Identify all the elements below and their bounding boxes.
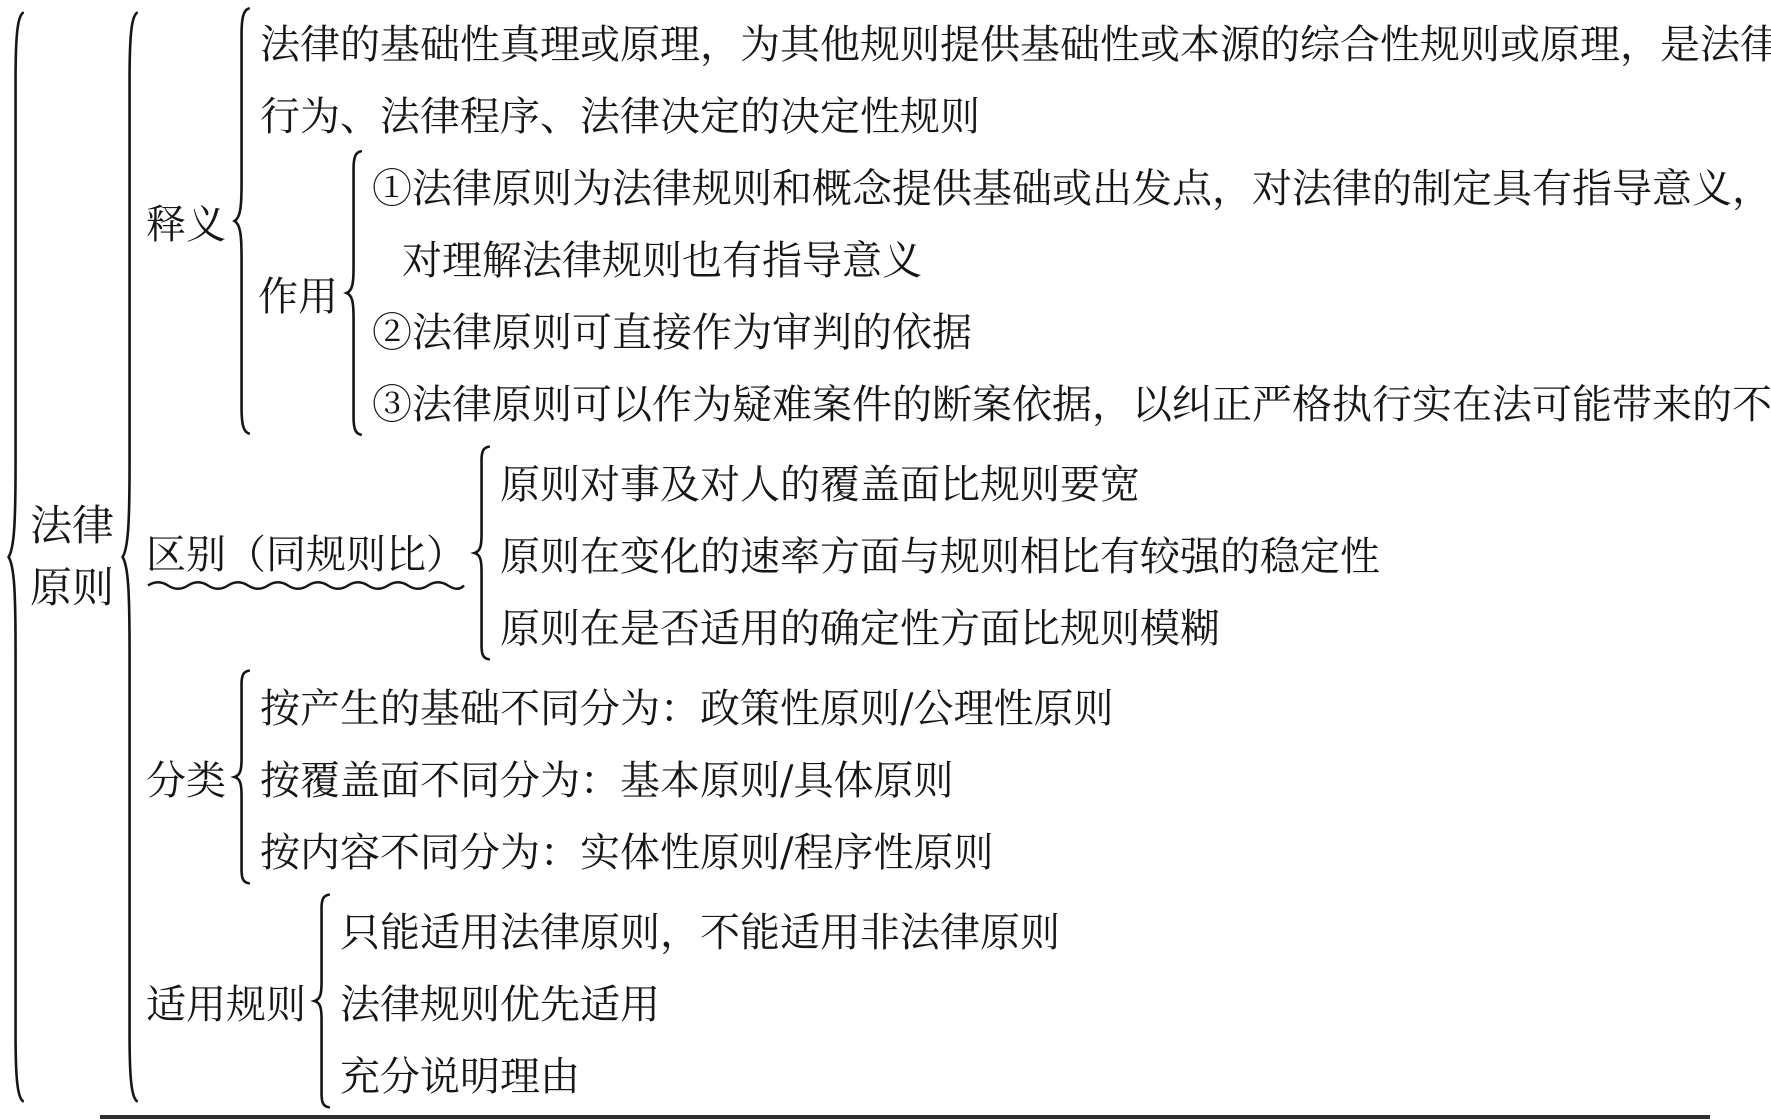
difference-curly-brace bbox=[470, 445, 492, 661]
root-row: 法律 原则 释义 法律的基础性真理或原理，为其他规则提供基础性或本源的综合性规则… bbox=[4, 4, 1771, 1110]
definition-text-line2: 行为、法律程序、法律决定的决定性规则 bbox=[252, 77, 1771, 149]
branch-classification-label: 分类 bbox=[146, 749, 226, 806]
branch-definition: 释义 法律的基础性真理或原理，为其他规则提供基础性或本源的综合性规则或原理，是法… bbox=[140, 5, 1771, 437]
application-rules-item2: 法律规则优先适用 bbox=[332, 965, 1060, 1037]
outer-curly-brace bbox=[4, 4, 26, 1110]
root-label-line2: 原则 bbox=[28, 557, 116, 619]
classification-item2: 按覆盖面不同分为：基本原则/具体原则 bbox=[252, 741, 1113, 813]
function-item1-line1: ①法律原则为法律规则和概念提供基础或出发点，对法律的制定具有指导意义， bbox=[364, 149, 1771, 221]
branch-difference-label-text: 区别（同规则比） bbox=[146, 532, 466, 578]
branches-column: 释义 法律的基础性真理或原理，为其他规则提供基础性或本源的综合性规则或原理，是法… bbox=[140, 5, 1771, 1109]
application-rules-curly-brace bbox=[310, 893, 332, 1109]
definition-content: 法律的基础性真理或原理，为其他规则提供基础性或本源的综合性规则或原理，是法律 行… bbox=[252, 5, 1771, 437]
legal-principles-bracket-diagram: 法律 原则 释义 法律的基础性真理或原理，为其他规则提供基础性或本源的综合性规则… bbox=[0, 0, 1771, 1120]
branch-classification: 分类 按产生的基础不同分为：政策性原则/公理性原则 按覆盖面不同分为：基本原则/… bbox=[140, 669, 1771, 885]
classification-item3: 按内容不同分为：实体性原则/程序性原则 bbox=[252, 813, 1113, 885]
classification-curly-brace bbox=[230, 669, 252, 885]
function-item1-line2: 对理解法律规则也有指导意义 bbox=[364, 221, 1771, 293]
definition-text-line1: 法律的基础性真理或原理，为其他规则提供基础性或本源的综合性规则或原理，是法律 bbox=[252, 5, 1771, 77]
definition-curly-brace bbox=[230, 5, 252, 437]
function-item2: ②法律原则可直接作为审判的依据 bbox=[364, 293, 1771, 365]
branch-difference-label: 区别（同规则比） bbox=[146, 523, 466, 584]
application-rules-item3: 充分说明理由 bbox=[332, 1037, 1060, 1109]
scan-edge-line bbox=[100, 1115, 1710, 1119]
branch-function: 作用 ①法律原则为法律规则和概念提供基础或出发点，对法律的制定具有指导意义， 对… bbox=[252, 149, 1771, 437]
branch-difference: 区别（同规则比） 原则对事及对人的覆盖面比规则要宽 原则在变化的速率方面与规则相… bbox=[140, 445, 1771, 661]
difference-item2: 原则在变化的速率方面与规则相比有较强的稳定性 bbox=[492, 517, 1380, 589]
application-rules-item1: 只能适用法律原则，不能适用非法律原则 bbox=[332, 893, 1060, 965]
difference-item1: 原则对事及对人的覆盖面比规则要宽 bbox=[492, 445, 1380, 517]
wavy-underline bbox=[146, 579, 466, 592]
difference-content: 原则对事及对人的覆盖面比规则要宽 原则在变化的速率方面与规则相比有较强的稳定性 … bbox=[492, 445, 1380, 661]
root-label-line1: 法律 bbox=[28, 495, 116, 557]
branch-definition-label: 释义 bbox=[146, 193, 226, 250]
application-rules-content: 只能适用法律原则，不能适用非法律原则 法律规则优先适用 充分说明理由 bbox=[332, 893, 1060, 1109]
function-curly-brace bbox=[342, 149, 364, 437]
level1-curly-brace bbox=[118, 4, 140, 1110]
function-content: ①法律原则为法律规则和概念提供基础或出发点，对法律的制定具有指导意义， 对理解法… bbox=[364, 149, 1771, 437]
classification-item1: 按产生的基础不同分为：政策性原则/公理性原则 bbox=[252, 669, 1113, 741]
branch-application-rules-label: 适用规则 bbox=[146, 973, 306, 1030]
branch-application-rules: 适用规则 只能适用法律原则，不能适用非法律原则 法律规则优先适用 充分说明理由 bbox=[140, 893, 1771, 1109]
branch-function-label: 作用 bbox=[258, 265, 338, 322]
root-label: 法律 原则 bbox=[28, 495, 116, 619]
function-item3: ③法律原则可以作为疑难案件的断案依据，以纠正严格执行实在法可能带来的不公 bbox=[364, 365, 1771, 437]
classification-content: 按产生的基础不同分为：政策性原则/公理性原则 按覆盖面不同分为：基本原则/具体原… bbox=[252, 669, 1113, 885]
difference-item3: 原则在是否适用的确定性方面比规则模糊 bbox=[492, 589, 1380, 661]
